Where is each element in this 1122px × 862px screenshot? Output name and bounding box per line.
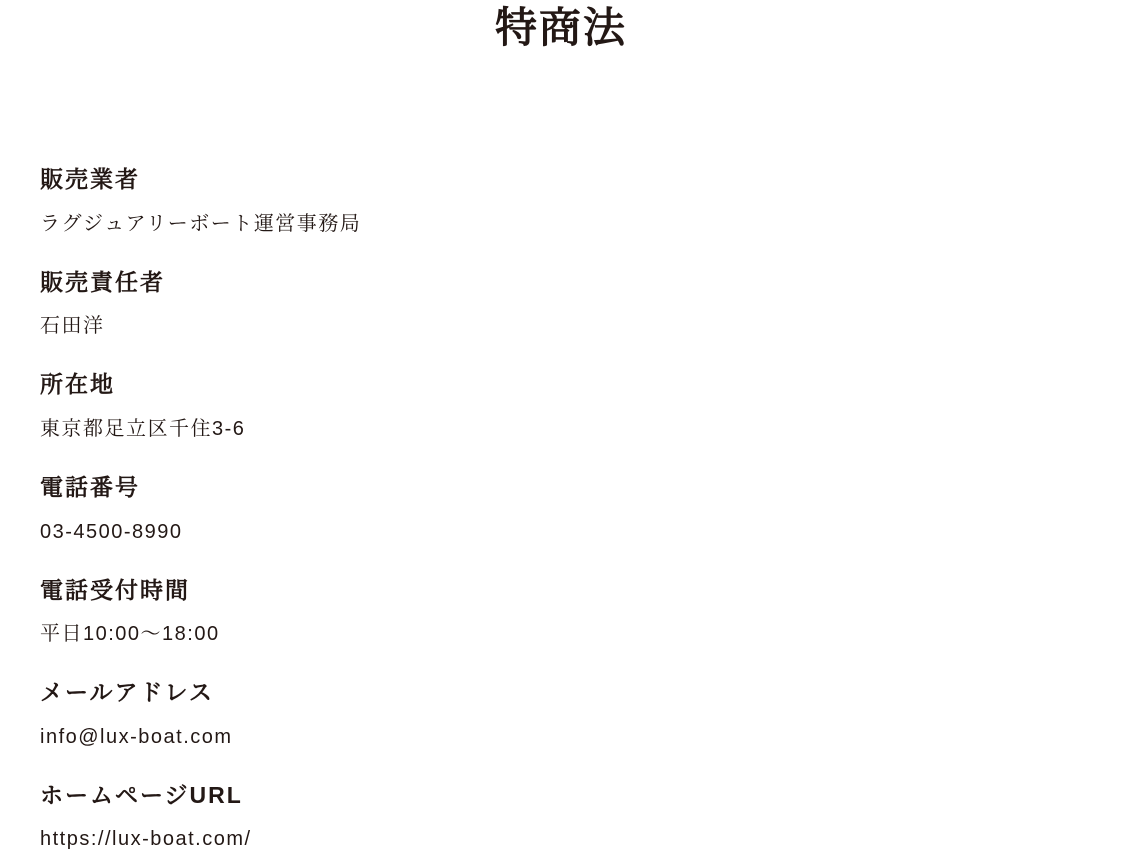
phone-number-label: 電話番号 (40, 474, 1082, 502)
phone-hours-label: 電話受付時間 (40, 577, 1082, 605)
page-title: 特商法 (40, 5, 1082, 53)
sales-manager-value: 石田洋 (40, 313, 1082, 339)
section-email-address: メールアドレス info@lux-boat.com (40, 679, 1082, 750)
homepage-url-label: ホームページURL (40, 782, 1082, 810)
seller-label: 販売業者 (40, 166, 1082, 194)
section-phone-hours: 電話受付時間 平日10:00〜18:00 (40, 577, 1082, 648)
section-seller: 販売業者 ラグジュアリーボート運営事務局 (40, 166, 1082, 237)
section-sales-manager: 販売責任者 石田洋 (40, 269, 1082, 340)
email-address-value: info@lux-boat.com (40, 724, 1082, 750)
section-homepage-url: ホームページURL https://lux-boat.com/ (40, 782, 1082, 853)
address-label: 所在地 (40, 371, 1082, 399)
phone-number-value: 03-4500-8990 (40, 519, 1082, 545)
seller-value: ラグジュアリーボート運営事務局 (40, 211, 1082, 237)
section-address: 所在地 東京都足立区千住3-6 (40, 371, 1082, 442)
section-phone-number: 電話番号 03-4500-8990 (40, 474, 1082, 545)
homepage-url-value: https://lux-boat.com/ (40, 826, 1082, 852)
sales-manager-label: 販売責任者 (40, 269, 1082, 297)
address-value: 東京都足立区千住3-6 (40, 416, 1082, 442)
phone-hours-value: 平日10:00〜18:00 (40, 621, 1082, 647)
tokushoho-page: 特商法 販売業者 ラグジュアリーボート運営事務局 販売責任者 石田洋 所在地 東… (0, 5, 1122, 852)
sections-list: 販売業者 ラグジュアリーボート運営事務局 販売責任者 石田洋 所在地 東京都足立… (40, 166, 1082, 852)
email-address-label: メールアドレス (40, 679, 1082, 707)
